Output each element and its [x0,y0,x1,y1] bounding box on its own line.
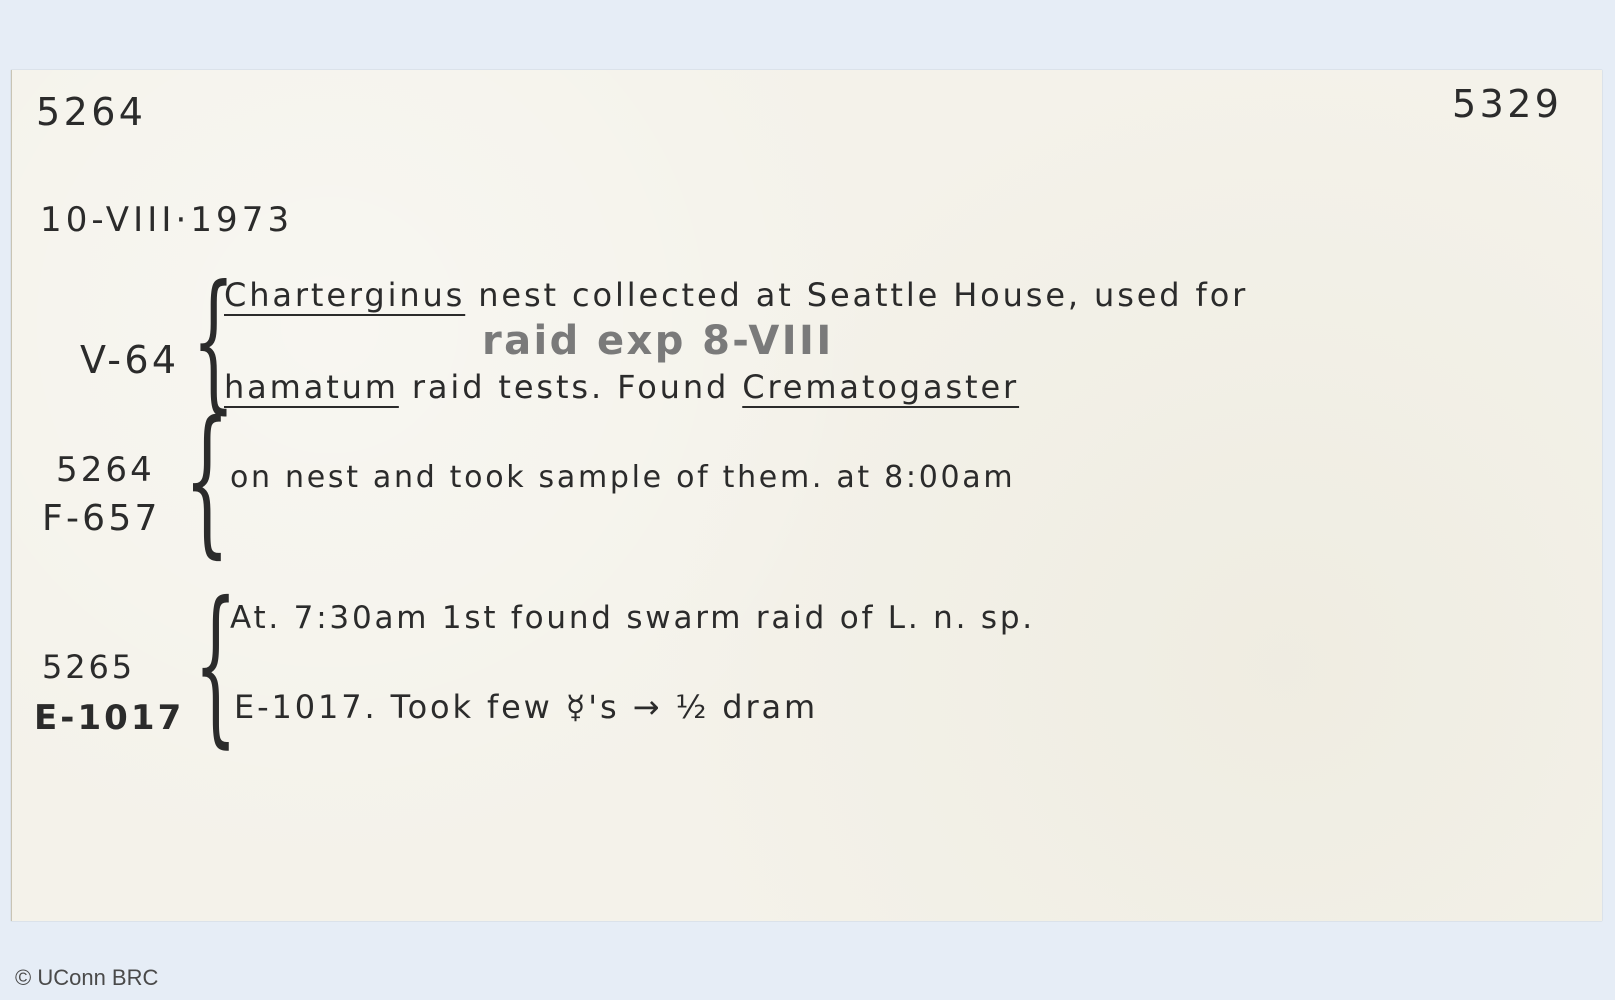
entry-label-e1017: E-1017 [34,698,184,738]
brace-entry-2: { [184,400,230,560]
entry-1-line-2-mid: raid tests. Found [399,368,742,406]
copyright-credit: © UConn BRC [15,965,158,991]
genus-crematogaster: Crematogaster [742,368,1019,406]
collection-date: 10-VIII·1973 [40,200,293,240]
specimen-card: 5264 5329 10-VIII·1973 V-64 { Chartergin… [11,70,1602,921]
pencil-note-raid-exp: raid exp 8-VIII [482,318,834,364]
entry-3-line-2: E-1017. Took few ☿'s → ½ dram [234,688,818,726]
card-number-top-right: 5329 [1452,82,1562,126]
genus-charterginus: Charterginus [224,276,465,314]
entry-label-5265: 5265 [42,648,135,686]
entry-1-line-2: hamatum raid tests. Found Crematogaster [224,368,1019,406]
card-number-top-left: 5264 [36,90,146,134]
entry-label-f657: F-657 [42,498,161,539]
entry-3-line-1: At. 7:30am 1st found swarm raid of L. n.… [230,600,1035,636]
entry-1-line-1: Charterginus nest collected at Seattle H… [224,276,1248,314]
species-hamatum: hamatum [224,368,399,406]
entry-label-5264: 5264 [56,450,155,490]
entry-1-line-1-rest: nest collected at Seattle House, used fo… [465,276,1248,314]
entry-label-v64: V-64 [80,338,180,382]
entry-2-line-1: on nest and took sample of them. at 8:00… [230,460,1015,495]
